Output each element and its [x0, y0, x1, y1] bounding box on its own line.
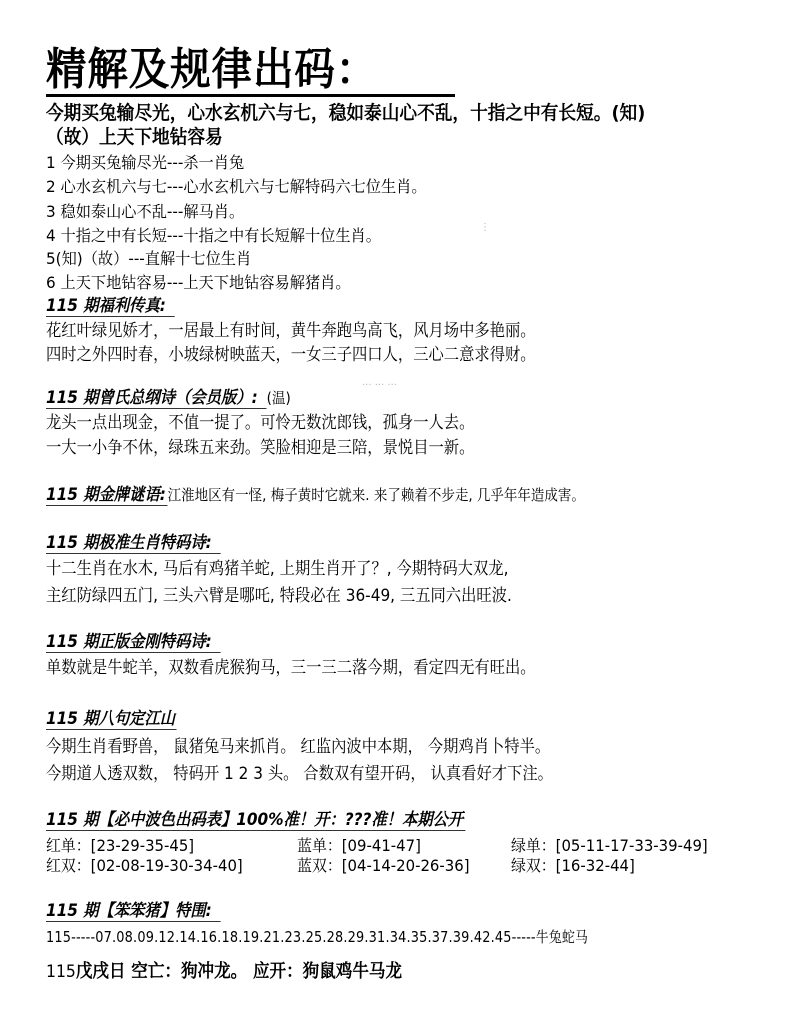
wave-cell-red-single: 红单：[23-29-35-45] [46, 835, 297, 857]
wave-cell-green-double: 绿双：[16-32-44] [511, 855, 635, 877]
section-heading-jinpai: 115 期金牌谜语:江淮地区有一怪, 梅子黄时它就来. 来了赖着不步走, 几乎年… [46, 484, 585, 506]
section-heading-tail: (温) [267, 389, 291, 407]
wave-value: [23-29-35-45] [91, 836, 194, 855]
jizhun-line-1: 十二生肖在水木, 马后有鸡猪羊蛇, 上期生肖开了？, 今期特码大双龙, [46, 557, 508, 581]
bajv-line-1: 今期生肖看野兽， 鼠猪兔马来抓肖。 红监內波中本期， 今期鸡肖卜特半。 [46, 735, 550, 759]
section-heading-text: 115 期曾氏总纲诗（会员版）: [46, 388, 267, 409]
jizhun-line-2: 主红防绿四五门, 三头六臂是哪吒, 特段必在 36-49, 三五同六出旺波. [46, 584, 512, 608]
fuli-line-2: 四时之外四时春，小坡绿树映蓝天，一女三子四口人，三心二意求得财。 [46, 343, 536, 367]
section-heading-jingang: 115 期正版金刚特码诗: [46, 631, 221, 653]
faint-text: ··· ··· ··· [362, 380, 397, 391]
section-heading-text: 115 期福利传真: [46, 296, 175, 317]
wave-table-row-double: 红双：[02-08-19-30-34-40]蓝双：[04-14-20-26-36… [46, 855, 635, 877]
section-heading-text: 115 期正版金刚特码诗: [46, 632, 221, 653]
section-heading-bosebiao: 115 期【必中波色出码表】100%准！开：???准！本期公开 [46, 809, 465, 831]
wave-cell-red-double: 红双：[02-08-19-30-34-40] [46, 855, 297, 877]
section-heading-benbenzhu: 115 期【笨笨猪】特围: [46, 900, 221, 922]
numbered-item-3: 3 稳如泰山心不乱---解马肖。 [46, 201, 244, 223]
section-heading-fuli: 115 期福利传真: [46, 295, 175, 317]
section-heading-text: 115 期【必中波色出码表】100%准！开：???准！本期公开 [46, 810, 465, 831]
footer-text: 戊戌日 空亡：狗冲龙。 应开：狗鼠鸡牛马龙 [76, 961, 402, 982]
wave-value: [02-08-19-30-34-40] [91, 856, 243, 875]
wave-label: 红单： [46, 836, 91, 855]
benbenzhu-number-line: 115-----07.08.09.12.14.16.18.19.21.23.25… [46, 927, 588, 947]
numbered-item-4: 4 十指之中有长短---十指之中有长短解十位生肖。 [46, 225, 381, 247]
section-heading-text: 115 期八句定江山 [46, 709, 177, 730]
section-heading-text: 115 期【笨笨猪】特围: [46, 901, 221, 922]
wave-cell-blue-single: 蓝单：[09-41-47] [297, 835, 511, 857]
wave-label: 红双： [46, 856, 91, 875]
numbered-item-1: 1 今期买兔输尽光---杀一肖兔 [46, 152, 244, 174]
wave-value: [16-32-44] [556, 856, 635, 875]
section-heading-text: 115 期极准生肖特码诗: [46, 533, 221, 554]
wave-label: 蓝双： [297, 856, 342, 875]
wave-table-row-single: 红单：[23-29-35-45]蓝单：[09-41-47]绿单：[05-11-1… [46, 835, 708, 857]
numbered-item-5: 5(知)（故）---直解十七位生肖 [46, 248, 251, 270]
section-heading-text: 115 期金牌谜语: [46, 485, 168, 506]
bajv-line-2: 今期道人透双数， 特码开 1 2 3 头。 合数双有望开码， 认真看好才下注。 [46, 762, 553, 786]
footer-issue: 115 [46, 962, 76, 982]
wave-label: 绿单： [511, 836, 556, 855]
section-heading-jizhun: 115 期极准生肖特码诗: [46, 532, 221, 554]
wave-cell-blue-double: 蓝双：[04-14-20-26-36] [297, 855, 511, 877]
zengshi-line-1: 龙头一点出现金，不值一提了。可怜无数沈郎钱，孤身一人去。 [46, 411, 474, 435]
wave-cell-green-single: 绿单：[05-11-17-33-39-49] [511, 835, 708, 857]
numbered-item-6: 6 上天下地钻容易---上天下地钻容易解猪肖。 [46, 272, 351, 294]
title-underline [46, 94, 455, 97]
section-heading-zengshi: 115 期曾氏总纲诗（会员版）:(温) [46, 387, 291, 409]
wave-value: [04-14-20-26-36] [342, 856, 470, 875]
numbered-item-2: 2 心水玄机六与七---心水玄机六与七解特码六七位生肖。 [46, 176, 427, 198]
page-title: 精解及规律出码： [46, 44, 377, 96]
wave-value: [05-11-17-33-39-49] [556, 836, 708, 855]
zengshi-line-2: 一大一小争不休，绿珠五来劲。笑脸相迎是三陪，景悦目一新。 [46, 436, 474, 460]
section-heading-bajv: 115 期八句定江山 [46, 708, 177, 730]
wave-label: 蓝单： [297, 836, 342, 855]
intro-line-2: （故）上天下地钻容易 [46, 125, 223, 149]
jingang-line-1: 单数就是牛蛇羊，双数看虎猴狗马，三一三二落今期，看定四无有旺出。 [46, 656, 536, 680]
jinpai-riddle-text: 江淮地区有一怪, 梅子黄时它就来. 来了赖着不步走, 几乎年年造成害。 [168, 486, 585, 504]
wave-label: 绿双： [511, 856, 556, 875]
wave-value: [09-41-47] [342, 836, 421, 855]
faint-mark: ⋮ [480, 222, 490, 233]
intro-line-1: 今期买兔输尽光，心水玄机六与七，稳如泰山心不乱，十指之中有长短。(知) [46, 101, 645, 125]
footer-line: 115戊戌日 空亡：狗冲龙。 应开：狗鼠鸡牛马龙 [46, 960, 402, 984]
fuli-line-1: 花红叶绿见娇才，一居最上有时间，黄牛奔跑鸟高飞，风月场中多艳丽。 [46, 319, 536, 343]
